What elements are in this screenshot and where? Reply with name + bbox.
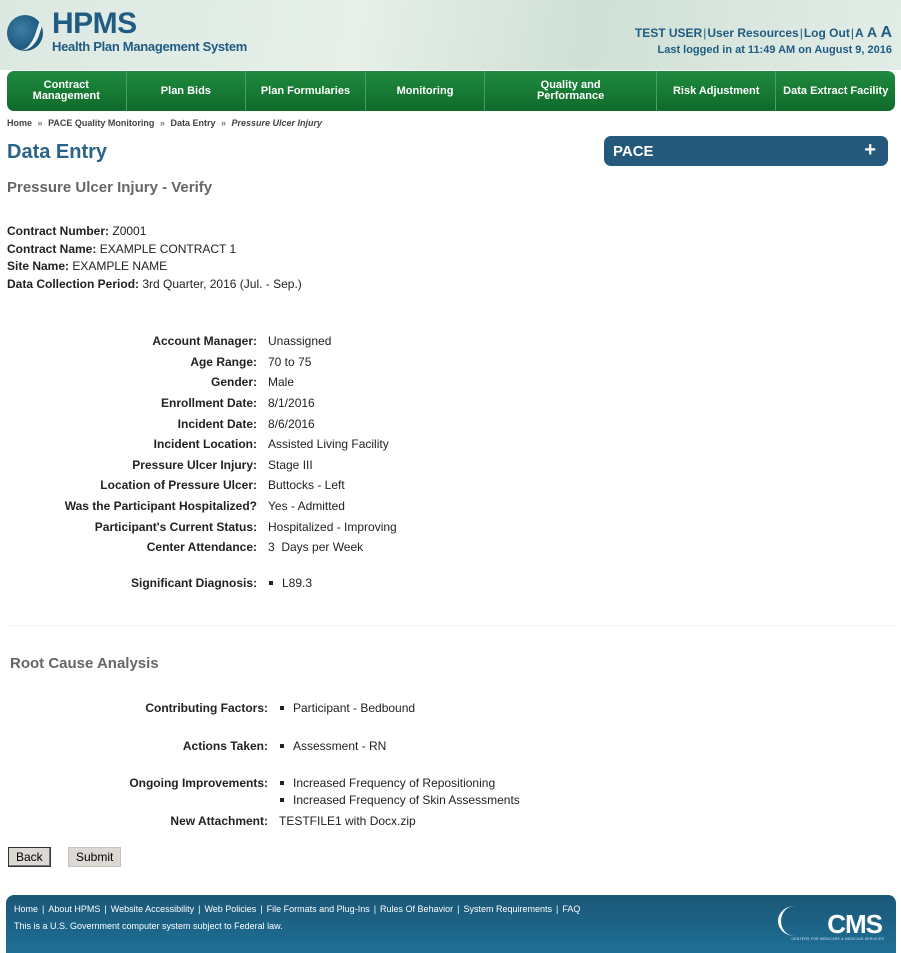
last-login: Last logged in at 11:49 AM on August 9, …	[657, 44, 892, 56]
diagnosis-code: L89.3	[282, 576, 312, 590]
footer-link-faq[interactable]: FAQ	[562, 904, 580, 914]
action-taken: Assessment - RN	[293, 739, 386, 753]
government-notice: This is a U.S. Government computer syste…	[14, 921, 283, 931]
improvement: Increased Frequency of Repositioning	[293, 776, 495, 790]
font-size-medium[interactable]: A	[867, 24, 877, 40]
site-name: EXAMPLE NAME	[72, 259, 167, 273]
pace-panel-title: PACE	[613, 143, 654, 160]
rca-row: Contributing Factors:Participant - Bedbo…	[0, 700, 700, 717]
detail-row: Account Manager:Unassigned	[0, 331, 600, 352]
main-nav: Contract Management Plan Bids Plan Formu…	[7, 71, 895, 111]
center-attendance: 3 Days per Week	[268, 540, 600, 554]
bullet-icon	[269, 581, 273, 585]
footer-link-about[interactable]: About HPMS	[48, 904, 100, 914]
detail-row: Significant Diagnosis:L89.3	[0, 573, 600, 594]
footer-link-home[interactable]: Home	[14, 904, 38, 914]
expand-plus-icon[interactable]: +	[864, 140, 876, 160]
detail-row: Incident Date:8/6/2016	[0, 413, 600, 434]
footer-link-file-formats[interactable]: File Formats and Plug-Ins	[267, 904, 370, 914]
incident-location: Assisted Living Facility	[268, 437, 600, 451]
font-size-large[interactable]: A	[880, 24, 892, 41]
detail-row: Location of Pressure Ulcer:Buttocks - Le…	[0, 475, 600, 496]
nav-risk-adjustment[interactable]: Risk Adjustment	[657, 71, 777, 111]
attachment-link[interactable]: TESTFILE1 with Docx.zip	[279, 814, 700, 828]
user-resources-link[interactable]: User Resources	[707, 26, 798, 40]
footer-link-system-req[interactable]: System Requirements	[463, 904, 552, 914]
breadcrumb-current: Pressure Ulcer Injury	[232, 118, 323, 128]
breadcrumb-data-entry[interactable]: Data Entry	[170, 118, 215, 128]
back-button[interactable]: Back	[8, 847, 51, 867]
detail-row: Enrollment Date:8/1/2016	[0, 393, 600, 414]
gender: Male	[268, 375, 600, 389]
logo-title[interactable]: HPMS	[52, 9, 137, 39]
user-name: TEST USER	[635, 26, 702, 40]
bullet-icon	[280, 744, 284, 748]
account-manager: Unassigned	[268, 334, 600, 348]
font-size-small[interactable]: A	[855, 26, 864, 40]
footer-link-accessibility[interactable]: Website Accessibility	[111, 904, 194, 914]
nav-plan-formularies[interactable]: Plan Formularies	[246, 71, 366, 111]
contract-number: Z0001	[112, 224, 146, 238]
footer-link-web-policies[interactable]: Web Policies	[204, 904, 256, 914]
logout-link[interactable]: Log Out	[804, 26, 850, 40]
detail-row: Gender:Male	[0, 372, 600, 393]
pace-panel-header[interactable]: PACE +	[604, 136, 888, 166]
ulcer-location: Buttocks - Left	[268, 478, 600, 492]
contract-name: EXAMPLE CONTRACT 1	[100, 242, 236, 256]
page-subtitle: Pressure Ulcer Injury - Verify	[7, 179, 212, 196]
cms-logo-subtitle: CENTERS FOR MEDICARE & MEDICAID SERVICES	[791, 937, 884, 941]
detail-row: Participant's Current Status:Hospitalize…	[0, 516, 600, 537]
data-collection-period: 3rd Quarter, 2016 (Jul. - Sep.)	[142, 277, 301, 291]
footer: Home|About HPMS|Website Accessibility|We…	[6, 895, 896, 953]
detail-row: Pressure Ulcer Injury:Stage III	[0, 455, 600, 476]
detail-row: Was the Participant Hospitalized?Yes - A…	[0, 496, 600, 517]
footer-link-rules[interactable]: Rules Of Behavior	[380, 904, 453, 914]
nav-quality-performance[interactable]: Quality and Performance	[485, 71, 657, 111]
rca-row: Actions Taken:Assessment - RN	[0, 738, 700, 755]
rca-row: Ongoing Improvements:Increased Frequency…	[0, 775, 700, 792]
contract-info: Contract Number: Z0001 Contract Name: EX…	[7, 223, 302, 293]
age-range: 70 to 75	[268, 355, 600, 369]
breadcrumb-pace-quality[interactable]: PACE Quality Monitoring	[48, 118, 154, 128]
detail-row: Age Range:70 to 75	[0, 352, 600, 373]
root-cause-analysis: Contributing Factors:Participant - Bedbo…	[0, 700, 700, 830]
bullet-icon	[280, 798, 284, 802]
nav-plan-bids[interactable]: Plan Bids	[127, 71, 247, 111]
hpms-logo-icon[interactable]	[7, 15, 43, 51]
contributing-factor: Participant - Bedbound	[293, 701, 415, 715]
root-cause-title: Root Cause Analysis	[10, 655, 159, 672]
detail-row: Incident Location:Assisted Living Facili…	[0, 434, 600, 455]
incident-date: 8/6/2016	[268, 417, 600, 431]
incident-details: Account Manager:Unassigned Age Range:70 …	[0, 331, 600, 593]
rca-row: Increased Frequency of Skin Assessments	[0, 792, 700, 809]
logo-subtitle: Health Plan Management System	[52, 39, 247, 54]
section-divider	[7, 625, 895, 626]
bullet-icon	[280, 781, 284, 785]
nav-data-extract-facility[interactable]: Data Extract Facility	[776, 71, 895, 111]
bullet-icon	[280, 706, 284, 710]
breadcrumb-home[interactable]: Home	[7, 118, 32, 128]
current-status: Hospitalized - Improving	[268, 520, 600, 534]
user-links: TEST USER|User Resources|Log Out|A A A	[635, 24, 892, 42]
detail-row: Center Attendance:3 Days per Week	[0, 537, 600, 558]
nav-monitoring[interactable]: Monitoring	[366, 71, 486, 111]
nav-contract-management[interactable]: Contract Management	[7, 71, 127, 111]
header: HPMS Health Plan Management System TEST …	[0, 0, 901, 70]
cms-swoosh-icon	[778, 906, 811, 936]
submit-button[interactable]: Submit	[68, 847, 121, 867]
hospitalized: Yes - Admitted	[268, 499, 600, 513]
footer-links: Home|About HPMS|Website Accessibility|We…	[14, 904, 580, 914]
enrollment-date: 8/1/2016	[268, 396, 600, 410]
page-title: Data Entry	[7, 141, 107, 164]
cms-logo[interactable]: CMS	[827, 909, 882, 940]
breadcrumb: Home » PACE Quality Monitoring » Data En…	[7, 118, 322, 128]
rca-row: New Attachment:TESTFILE1 with Docx.zip	[0, 813, 700, 830]
improvement: Increased Frequency of Skin Assessments	[293, 793, 520, 807]
pressure-ulcer-injury: Stage III	[268, 458, 600, 472]
